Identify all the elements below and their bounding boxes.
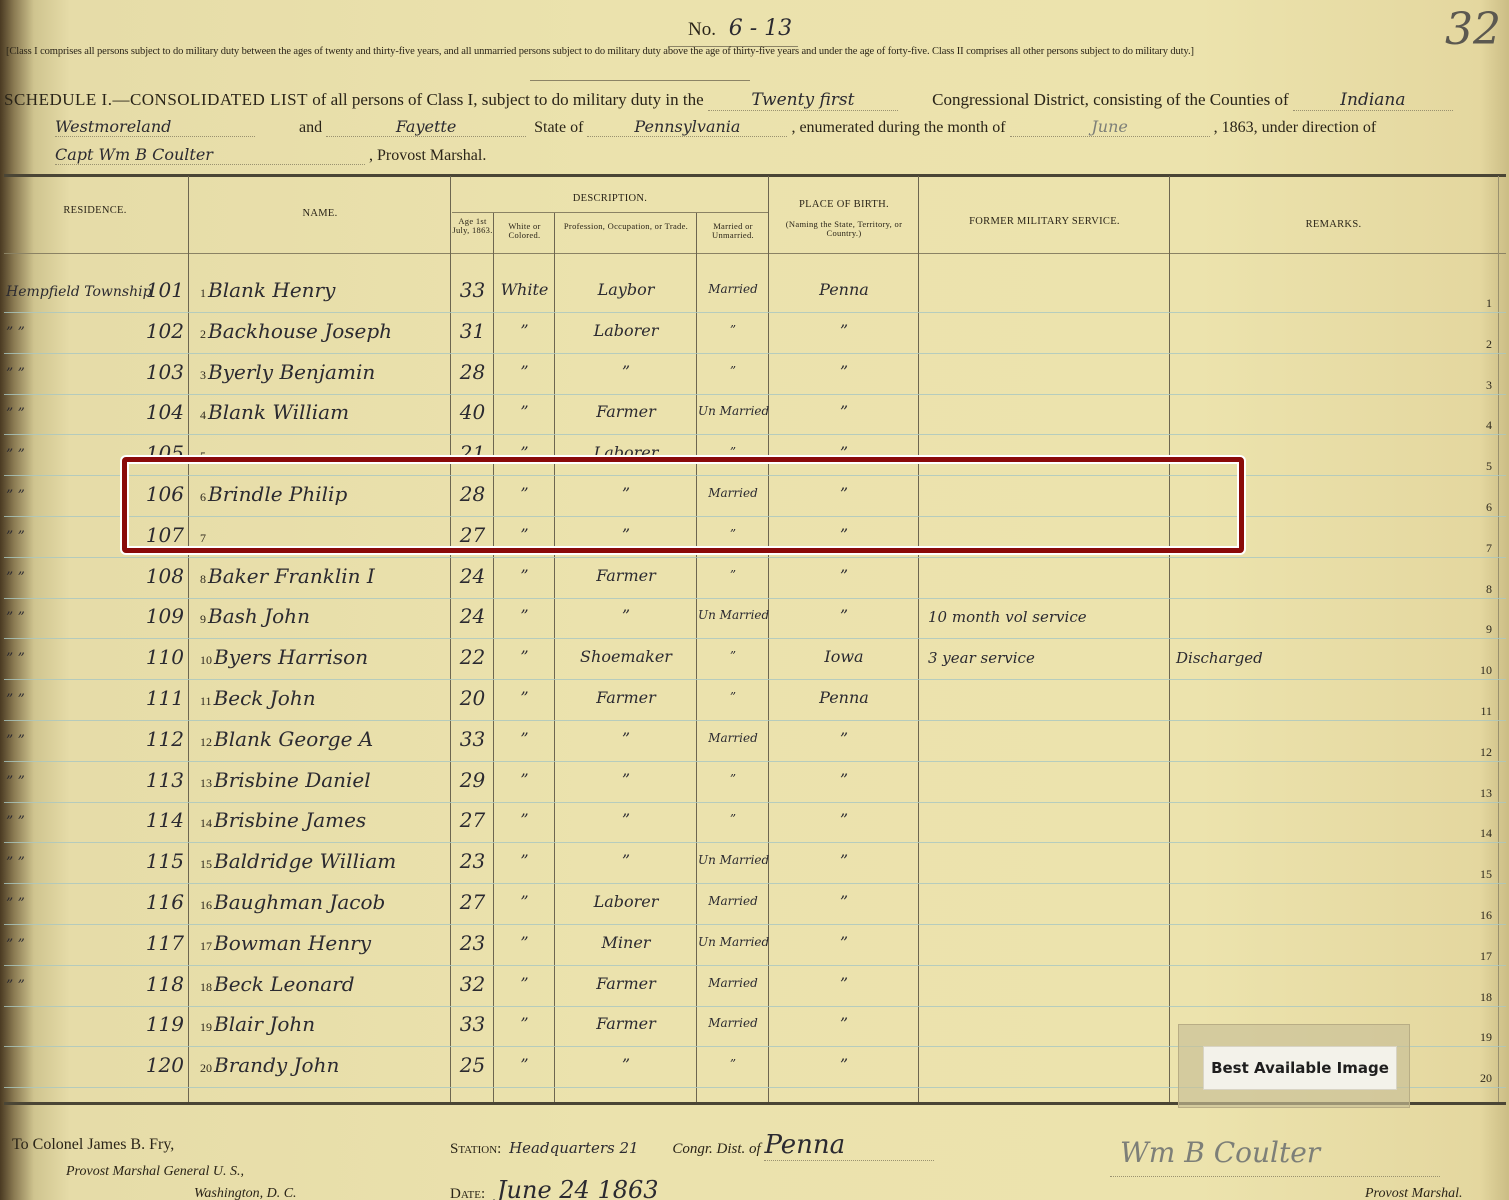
county-2-field: Westmoreland: [55, 117, 255, 137]
cell-white-colored: ”: [495, 1014, 554, 1033]
cell-name-text: Blank William: [208, 400, 349, 424]
cell-house-number: 115: [140, 849, 184, 873]
district-field: Twenty first: [708, 90, 898, 111]
ruled-line: [4, 394, 1506, 395]
cell-house-number: 113: [140, 768, 184, 792]
cell-white-colored: ”: [495, 810, 554, 829]
cell-place-of-birth: ”: [770, 1014, 918, 1033]
cell-house-number: 110: [140, 645, 184, 669]
col-divider: [768, 176, 769, 1102]
station-value: Headquarters 21: [509, 1139, 639, 1157]
cell-age: 31: [452, 319, 493, 343]
cell-profession: ”: [556, 770, 696, 789]
cell-profession: Laybor: [556, 280, 696, 299]
col-header-married: Married or Unmarried.: [698, 222, 768, 240]
cell-name-text: Brisbine James: [214, 808, 366, 832]
schedule-title: SCHEDULE I.—CONSOLIDATED LIST: [4, 90, 308, 109]
cell-place-of-birth: ”: [770, 892, 918, 911]
cell-white-colored: ”: [495, 770, 554, 789]
cell-name: 3Byerly Benjamin: [200, 360, 375, 384]
cell-name: 2Backhouse Joseph: [200, 319, 392, 343]
cell-age: 33: [452, 278, 493, 302]
row-number: 13: [1462, 786, 1492, 801]
row-number: 2: [1462, 337, 1492, 352]
cell-profession: ”: [556, 810, 696, 829]
ruled-line: [4, 353, 1506, 354]
ruled-line: [4, 720, 1506, 721]
table-top-border: [4, 174, 1506, 177]
cell-white-colored: ”: [495, 688, 554, 707]
cell-place-of-birth: ”: [770, 362, 918, 381]
cell-age: 25: [452, 1053, 493, 1077]
cell-house-number: 112: [140, 727, 184, 751]
footer-addressee-place: Washington, D. C.: [194, 1186, 297, 1200]
cell-place-of-birth: ”: [770, 810, 918, 829]
cell-profession: Farmer: [556, 402, 696, 421]
row-number: 11: [1462, 704, 1492, 719]
cell-line-number: 17: [200, 939, 212, 953]
col-divider: [450, 176, 451, 1102]
cell-married: Un Married: [698, 935, 768, 949]
cell-residence: ” ”: [6, 978, 146, 994]
county-3-field: Fayette: [326, 117, 526, 137]
cell-age: 24: [452, 604, 493, 628]
ruled-line: [4, 842, 1506, 843]
ruled-line: [4, 638, 1506, 639]
cell-remarks: Discharged: [1176, 649, 1263, 667]
cell-name-text: Blank George A: [214, 727, 373, 751]
cell-name: 8Baker Franklin I: [200, 564, 375, 588]
cell-line-number: 8: [200, 572, 206, 586]
cell-name: 16Baughman Jacob: [200, 890, 385, 914]
best-available-image-label: Best Available Image: [1203, 1046, 1397, 1090]
provost-marshal-field: Capt Wm B Coulter: [55, 145, 365, 165]
cell-line-number: 16: [200, 898, 212, 912]
cell-line-number: 2: [200, 327, 206, 341]
cell-line-number: 4: [200, 408, 206, 422]
cell-house-number: 118: [140, 972, 184, 996]
cell-name: 15Baldridge William: [200, 849, 396, 873]
cell-name: 13Brisbine Daniel: [200, 768, 371, 792]
cell-name: 12Blank George A: [200, 727, 373, 751]
cell-age: 24: [452, 564, 493, 588]
cell-residence: ” ”: [6, 896, 146, 912]
ruled-line: [4, 312, 1506, 313]
cell-house-number: 104: [140, 400, 184, 424]
col-header-place-of-birth-note: (Naming the State, Territory, or Country…: [772, 220, 916, 238]
cell-house-number: 116: [140, 890, 184, 914]
date-label: Date:: [450, 1186, 485, 1200]
cell-age: 27: [452, 890, 493, 914]
cell-married: ”: [698, 690, 768, 704]
cell-profession: Laborer: [556, 321, 696, 340]
col-header-residence: RESIDENCE.: [20, 205, 170, 216]
cell-residence: ” ”: [6, 937, 146, 953]
cell-line-number: 19: [200, 1020, 212, 1034]
cell-married: Un Married: [698, 404, 768, 418]
cell-place-of-birth: Penna: [770, 280, 918, 299]
cell-married: ”: [698, 812, 768, 826]
cell-name: 11Beck John: [200, 686, 316, 710]
cell-residence: Hempfield Township: [6, 284, 146, 300]
cell-age: 23: [452, 849, 493, 873]
cell-white-colored: ”: [495, 321, 554, 340]
ruled-line: [4, 557, 1506, 558]
col-header-white-colored: White or Colored.: [495, 222, 554, 240]
col-divider: [1169, 176, 1170, 1102]
cell-line-number: 10: [200, 653, 212, 667]
row-number: 12: [1462, 745, 1492, 760]
cell-place-of-birth: ”: [770, 729, 918, 748]
cell-profession: ”: [556, 606, 696, 625]
cell-married: Un Married: [698, 853, 768, 867]
header-bottom-rule: [4, 253, 1506, 254]
cell-name-text: Bowman Henry: [214, 931, 371, 955]
cell-white-colored: ”: [495, 566, 554, 585]
cell-residence: ” ”: [6, 733, 146, 749]
col-header-profession: Profession, Occupation, or Trade.: [556, 222, 696, 231]
cell-place-of-birth: ”: [770, 1055, 918, 1074]
cell-name-text: Brandy John: [214, 1053, 339, 1077]
schedule-heading-line-2: Westmoreland and Fayette State of Pennsy…: [55, 117, 1376, 137]
cell-line-number: 3: [200, 368, 206, 382]
cell-house-number: 117: [140, 931, 184, 955]
footer-station: Station: Headquarters 21 Congr. Dist. of…: [450, 1130, 934, 1161]
row-number: 17: [1462, 949, 1492, 964]
cell-married: ”: [698, 323, 768, 337]
cell-married: ”: [698, 364, 768, 378]
cell-line-number: 20: [200, 1061, 212, 1075]
cell-line-number: 1: [200, 286, 206, 300]
cell-profession: Shoemaker: [556, 647, 696, 666]
description-subrule: [452, 212, 768, 213]
footer-date: Date: June 24 1863: [450, 1176, 659, 1200]
col-divider: [918, 176, 919, 1102]
col-header-age: Age 1st July, 1863.: [452, 217, 493, 235]
ruled-line: [4, 679, 1506, 680]
congr-dist-label: Congr. Dist. of: [672, 1141, 760, 1157]
ruled-line: [4, 883, 1506, 884]
and-label: and: [299, 119, 322, 136]
cell-white-colored: ”: [495, 1055, 554, 1074]
provost-marshal-signature: Wm B Coulter: [1120, 1136, 1320, 1169]
cell-name-text: Bash John: [208, 604, 310, 628]
cell-house-number: 108: [140, 564, 184, 588]
footer-addressee-title: Provost Marshal General U. S.,: [66, 1164, 244, 1180]
document-number-value: 6 - 13: [729, 16, 792, 41]
cell-age: 32: [452, 972, 493, 996]
cell-former-service: 3 year service: [928, 649, 1035, 667]
row-number: 16: [1462, 908, 1492, 923]
row-number: 6: [1462, 500, 1492, 515]
cell-married: Married: [698, 282, 768, 296]
year-text: , 1863, under direction of: [1214, 119, 1377, 136]
month-field: June: [1010, 117, 1210, 137]
cell-house-number: 120: [140, 1053, 184, 1077]
cell-profession: Miner: [556, 933, 696, 952]
cell-profession: Laborer: [556, 892, 696, 911]
cell-house-number: 103: [140, 360, 184, 384]
cell-house-number: 119: [140, 1012, 184, 1036]
cell-place-of-birth: ”: [770, 606, 918, 625]
cell-married: ”: [698, 649, 768, 663]
cell-age: 20: [452, 686, 493, 710]
cell-line-number: 18: [200, 980, 212, 994]
cell-name: 18Beck Leonard: [200, 972, 355, 996]
ruled-line: [4, 1006, 1506, 1007]
cell-name-text: Beck John: [214, 686, 316, 710]
cell-name-text: Blank Henry: [208, 278, 335, 302]
cell-name-text: Beck Leonard: [214, 972, 355, 996]
col-header-description: DESCRIPTION.: [452, 193, 768, 204]
class-definition-note: [Class I comprises all persons subject t…: [6, 46, 1506, 57]
cell-name: 1Blank Henry: [200, 278, 335, 302]
cell-name-text: Baughman Jacob: [214, 890, 385, 914]
cell-profession: ”: [556, 851, 696, 870]
ruled-line: [4, 802, 1506, 803]
cell-place-of-birth: ”: [770, 402, 918, 421]
cell-white-colored: ”: [495, 933, 554, 952]
col-divider: [1498, 176, 1499, 1102]
cell-white-colored: ”: [495, 851, 554, 870]
cell-married: Married: [698, 1016, 768, 1030]
cell-residence: ” ”: [6, 570, 146, 586]
cell-name: 14Brisbine James: [200, 808, 366, 832]
cell-white-colored: White: [495, 280, 554, 299]
row-number: 19: [1462, 1030, 1492, 1045]
schedule-heading-line-1: SCHEDULE I.—CONSOLIDATED LIST of all per…: [4, 90, 1453, 111]
cell-line-number: 9: [200, 612, 206, 626]
cell-married: Married: [698, 731, 768, 745]
row-number: 9: [1462, 622, 1492, 637]
cell-name-text: Baldridge William: [214, 849, 396, 873]
cell-profession: ”: [556, 729, 696, 748]
document-number: No. 6 - 13: [688, 16, 792, 41]
cell-place-of-birth: ”: [770, 851, 918, 870]
col-header-place-of-birth: PLACE OF BIRTH.: [770, 199, 918, 210]
cell-name: 20Brandy John: [200, 1053, 339, 1077]
cell-white-colored: ”: [495, 974, 554, 993]
cell-name-text: Brisbine Daniel: [214, 768, 371, 792]
cell-house-number: 101: [140, 278, 184, 302]
cell-age: 40: [452, 400, 493, 424]
col-header-name: NAME.: [190, 208, 450, 219]
cell-house-number: 109: [140, 604, 184, 628]
cell-name-text: Backhouse Joseph: [208, 319, 392, 343]
cell-age: 28: [452, 360, 493, 384]
cell-place-of-birth: ”: [770, 566, 918, 585]
cell-profession: Farmer: [556, 566, 696, 585]
cell-name: 4Blank William: [200, 400, 349, 424]
row-number: 5: [1462, 459, 1492, 474]
cell-white-colored: ”: [495, 729, 554, 748]
congr-dist-value: Penna: [764, 1130, 934, 1161]
cell-residence: ” ”: [6, 610, 146, 626]
cell-name-text: Byers Harrison: [214, 645, 368, 669]
cell-name-text: Blair John: [214, 1012, 315, 1036]
cell-place-of-birth: ”: [770, 933, 918, 952]
cell-age: 33: [452, 727, 493, 751]
cell-profession: ”: [556, 1055, 696, 1074]
cell-name: 17Bowman Henry: [200, 931, 371, 955]
cell-married: ”: [698, 568, 768, 582]
cell-married: Married: [698, 894, 768, 908]
row-number: 4: [1462, 418, 1492, 433]
cell-line-number: 13: [200, 776, 212, 790]
col-header-former-service: FORMER MILITARY SERVICE.: [920, 216, 1169, 227]
col-header-remarks: REMARKS.: [1171, 219, 1496, 230]
row-number: 18: [1462, 990, 1492, 1005]
schedule-text-2: Congressional District, consisting of th…: [932, 90, 1289, 109]
cell-age: 33: [452, 1012, 493, 1036]
cell-place-of-birth: ”: [770, 321, 918, 340]
signature-title: Provost Marshal.: [1365, 1186, 1462, 1200]
cell-white-colored: ”: [495, 606, 554, 625]
cell-age: 23: [452, 931, 493, 955]
cell-white-colored: ”: [495, 647, 554, 666]
highlight-box-row-6: [122, 457, 1244, 553]
cell-residence: ” ”: [6, 855, 146, 871]
cell-name: 19Blair John: [200, 1012, 315, 1036]
cell-residence: ” ”: [6, 406, 146, 422]
cell-place-of-birth: ”: [770, 974, 918, 993]
enumerated-label: , enumerated during the month of: [791, 119, 1005, 136]
cell-white-colored: ”: [495, 402, 554, 421]
state-label: State of: [534, 119, 583, 136]
schedule-text-1: of all persons of Class I, subject to do…: [312, 90, 703, 109]
cell-married: Married: [698, 976, 768, 990]
cell-house-number: 111: [140, 686, 184, 710]
cell-residence: ” ”: [6, 692, 146, 708]
cell-white-colored: ”: [495, 892, 554, 911]
row-number: 7: [1462, 541, 1492, 556]
cell-name: 9Bash John: [200, 604, 310, 628]
cell-profession: Farmer: [556, 688, 696, 707]
cell-former-service: 10 month vol service: [928, 608, 1087, 626]
row-number: 10: [1462, 663, 1492, 678]
cell-white-colored: ”: [495, 362, 554, 381]
col-divider: [696, 213, 697, 1102]
cell-profession: ”: [556, 362, 696, 381]
col-divider: [554, 213, 555, 1102]
cell-profession: Farmer: [556, 974, 696, 993]
station-label: Station:: [450, 1141, 501, 1157]
cell-name-text: Baker Franklin I: [208, 564, 375, 588]
footer-addressee: To Colonel James B. Fry,: [12, 1136, 174, 1154]
cell-residence: ” ”: [6, 774, 146, 790]
row-number: 8: [1462, 582, 1492, 597]
row-number: 15: [1462, 867, 1492, 882]
ruled-line: [4, 598, 1506, 599]
cell-residence: ” ”: [6, 325, 146, 341]
col-divider: [188, 176, 189, 1102]
county-1-field: Indiana: [1293, 90, 1453, 111]
cell-name: 10Byers Harrison: [200, 645, 368, 669]
cell-residence: ” ”: [6, 366, 146, 382]
cell-profession: Farmer: [556, 1014, 696, 1033]
cell-married: ”: [698, 1057, 768, 1071]
cell-married: ”: [698, 772, 768, 786]
cell-residence: ” ”: [6, 651, 146, 667]
col-divider: [493, 213, 494, 1102]
document-number-label: No.: [688, 19, 716, 40]
cell-name-text: Byerly Benjamin: [208, 360, 375, 384]
cell-house-number: 114: [140, 808, 184, 832]
cell-place-of-birth: Penna: [770, 688, 918, 707]
cell-line-number: 15: [200, 857, 212, 871]
row-number: 20: [1462, 1071, 1492, 1086]
cell-place-of-birth: ”: [770, 770, 918, 789]
date-value: June 24 1863: [497, 1176, 659, 1200]
cell-line-number: 12: [200, 735, 212, 749]
cell-line-number: 14: [200, 816, 212, 830]
schedule-heading-line-3: Capt Wm B Coulter , Provost Marshal.: [55, 145, 486, 165]
ruled-line: [4, 434, 1506, 435]
ruled-line: [4, 965, 1506, 966]
cell-age: 27: [452, 808, 493, 832]
provost-marshal-label: , Provost Marshal.: [369, 147, 486, 164]
row-number: 14: [1462, 826, 1492, 841]
cell-married: Un Married: [698, 608, 768, 622]
note-rule: [530, 80, 750, 81]
ruled-line: [4, 924, 1506, 925]
row-number: 3: [1462, 378, 1492, 393]
cell-place-of-birth: Iowa: [770, 647, 918, 666]
signature-rule: [1110, 1176, 1440, 1177]
row-number: 1: [1462, 296, 1492, 311]
ruled-line: [4, 761, 1506, 762]
cell-age: 22: [452, 645, 493, 669]
cell-house-number: 102: [140, 319, 184, 343]
cell-line-number: 11: [200, 694, 212, 708]
cell-age: 29: [452, 768, 493, 792]
state-field: Pennsylvania: [587, 117, 787, 137]
cell-residence: ” ”: [6, 814, 146, 830]
